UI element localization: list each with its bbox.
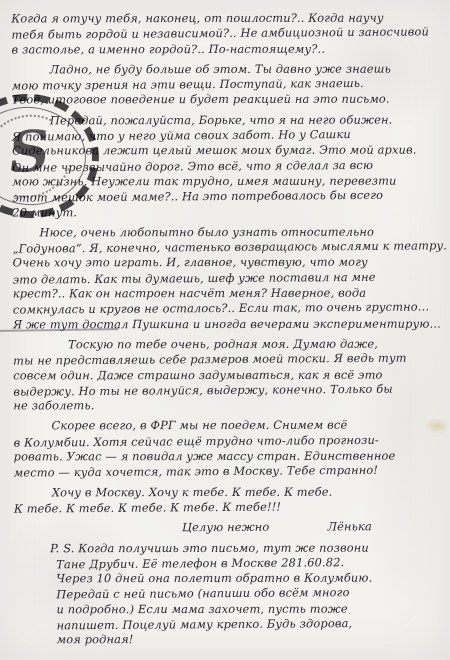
- letter-line: ты не представляешь себе размеров моей т…: [13, 351, 442, 370]
- paragraph: Ладно, не буду больше об этом. Ты давно …: [12, 61, 441, 109]
- letter-line: P. S. Когда получишь это письмо, тут же …: [56, 540, 443, 556]
- paragraph: Хочу в Москву. Хочу к тебе. К тебе. К те…: [14, 483, 443, 516]
- paper-stain: [424, 418, 450, 434]
- signature-closing: Целую нежно: [182, 520, 269, 536]
- letter-line: Твоё, итоговое поведение и будет реакцие…: [12, 92, 441, 108]
- paragraph: Нюсе, очень любопытно было узнать относи…: [12, 224, 442, 333]
- letter-line: место — куда хочется, так это в Москву. …: [14, 463, 443, 482]
- letter-line: в застолье, а именно гордой?.. По-настоя…: [12, 41, 441, 57]
- signature-row: Целую нежно Лёнька: [182, 519, 443, 536]
- letter-line: Передай с ней письмо (напиши обо всём мн…: [56, 585, 443, 603]
- paragraph: Тоскую по тебе очень, родная моя. Думаю …: [13, 336, 442, 415]
- letter-line: 20 минут.: [12, 204, 441, 220]
- paragraph: Скорее всего, в ФРГ мы не поедем. Снимем…: [13, 417, 442, 480]
- postscript: P. S. Когда получишь это письмо, тут же …: [56, 539, 444, 648]
- letter-line: не заболеть.: [13, 398, 442, 414]
- signature-name: Лёнька: [327, 519, 372, 535]
- letter-line: Очень хочу это играть. И, главное, чувст…: [13, 255, 442, 271]
- letter-line: К тебе. К тебе. К тебе. К тебе. К тебе!!…: [14, 498, 443, 517]
- paragraph: Когда я отучу тебя, наконец, от пошлости…: [11, 10, 440, 58]
- letter-line: Сидельникова лежит целый мешок моих бума…: [12, 143, 441, 159]
- letter-line: этот мешок моей маме?.. На это потребова…: [12, 188, 441, 207]
- letter-line: тебя быть гордой и независимой?.. Не амб…: [11, 25, 440, 44]
- letter-line: сомкнулась и кругов не осталось?.. Если …: [13, 300, 442, 319]
- letter-line: моя родная!: [57, 632, 444, 648]
- letter-line: Скорее всего, в ФРГ мы не поедем. Снимем…: [13, 418, 442, 434]
- letter-scan: Когда я отучу тебя, наконец, от пошлости…: [0, 0, 450, 660]
- paragraph: Передай, пожалуйста, Борьке, что я на не…: [12, 112, 442, 221]
